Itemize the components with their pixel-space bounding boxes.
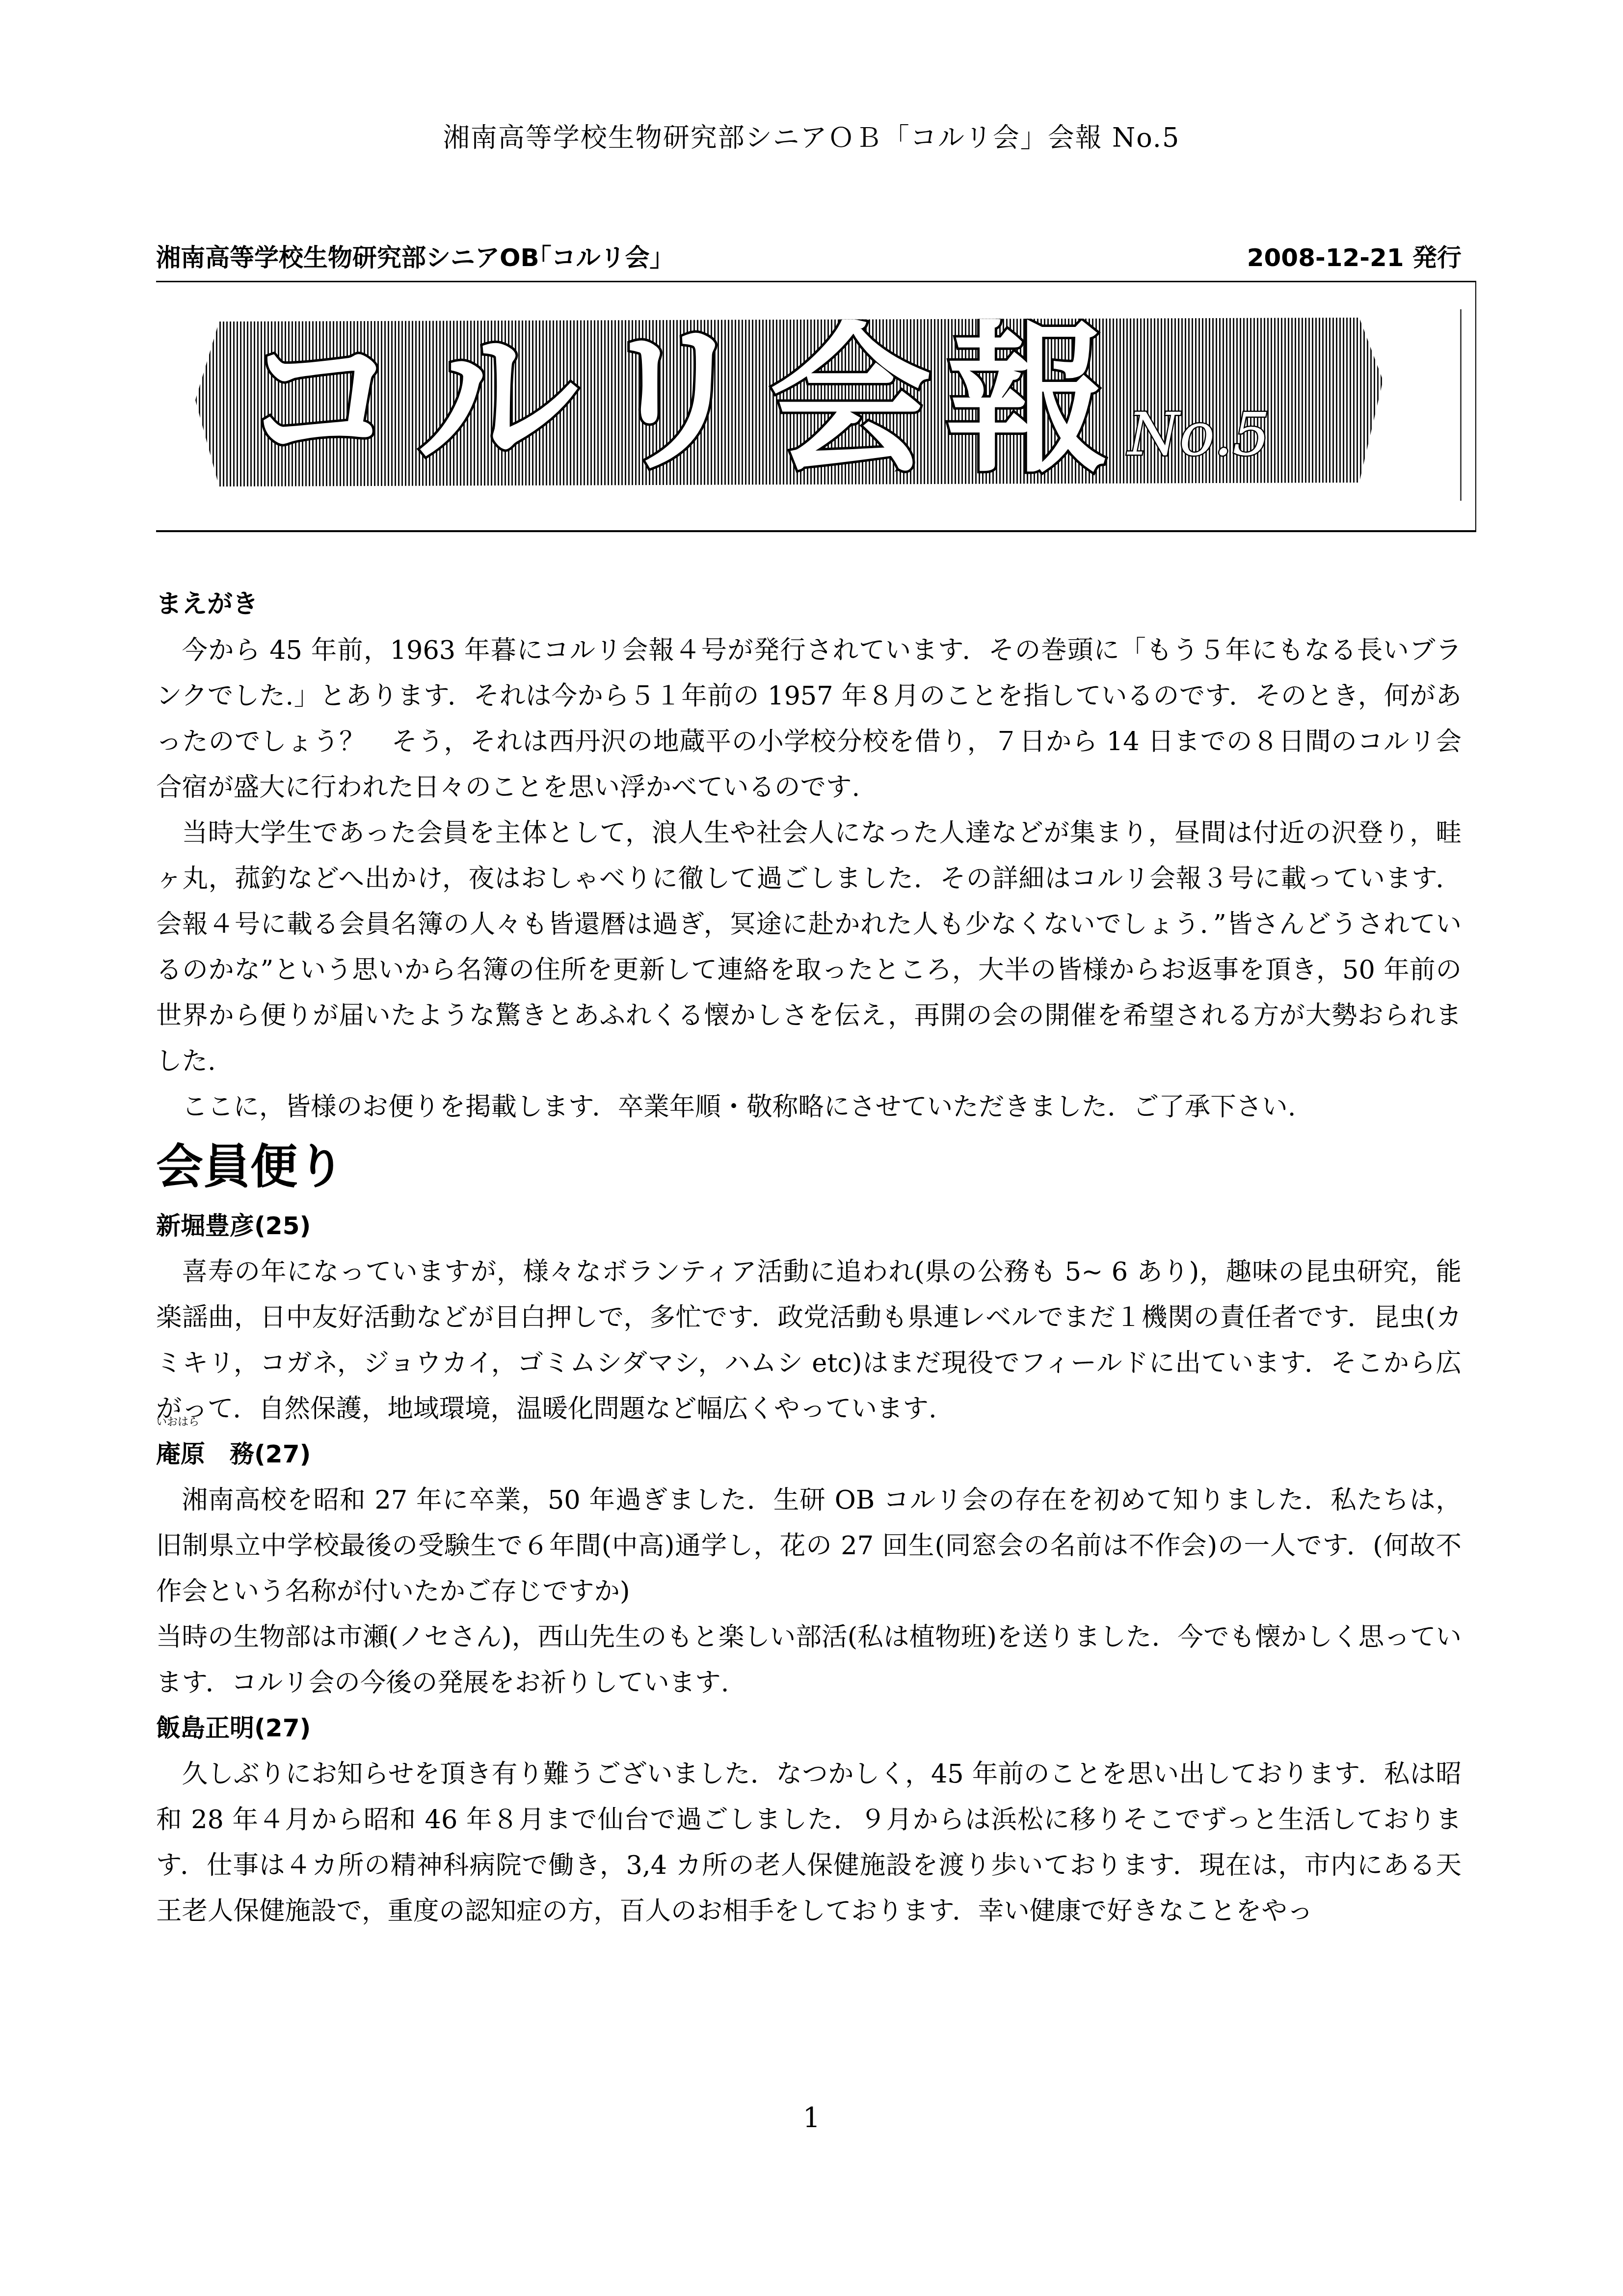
member-name: 飯島正明(27): [156, 1705, 1462, 1751]
member-letter: 飯島正明(27) 久しぶりにお知らせを頂き有り難うございました．なつかしく，45…: [156, 1705, 1462, 1934]
furigana: いおはら: [156, 1417, 199, 1428]
member-paragraph: 喜寿の年になっていますが，様々なボランティア活動に追われ(県の公務も 5~ 6 …: [156, 1249, 1462, 1432]
masthead-logo-box: コルリ会報 No.5: [156, 281, 1476, 532]
foreword-heading: まえがき: [156, 582, 1462, 627]
members-letters-heading: 会員便り: [156, 1130, 1462, 1203]
member-name-text: 庵原 務(27): [156, 1440, 311, 1468]
member-paragraph: 当時の生物部は市瀬(ノセさん)，西山先生のもと楽しい部活(私は植物班)を送りまし…: [156, 1614, 1462, 1705]
page-number: 1: [0, 2102, 1623, 2134]
running-head: 湘南高等学校生物研究部シニアＯＢ「コルリ会」会報 No.5: [0, 117, 1623, 155]
logo-title: コルリ会報: [239, 319, 1123, 481]
member-paragraph: 湘南高校を昭和 27 年に卒業，50 年過ぎました．生研 OB コルリ会の存在を…: [156, 1477, 1462, 1614]
masthead-row: 湘南高等学校生物研究部シニアOB｢コルリ会｣ 2008-12-21 発行: [156, 238, 1462, 273]
member-name-with-ruby: いおはら 庵原 務(27): [156, 1432, 311, 1477]
member-letter: 新堀豊彦(25) 喜寿の年になっていますが，様々なボランティア活動に追われ(県の…: [156, 1203, 1462, 1432]
member-name: いおはら 庵原 務(27): [156, 1432, 1462, 1477]
issue-date: 2008-12-21 発行: [1247, 238, 1462, 273]
member-name: 新堀豊彦(25): [156, 1203, 1462, 1249]
member-letter: いおはら 庵原 務(27) 湘南高校を昭和 27 年に卒業，50 年過ぎました．…: [156, 1432, 1462, 1705]
foreword-paragraph: ここに，皆様のお便りを掲載します．卒業年順・敬称略にさせていただきました．ご了承…: [156, 1084, 1462, 1130]
vertical-rule: [1460, 309, 1462, 501]
foreword-paragraph: 当時大学生であった会員を主体として，浪人生や社会人になった人達などが集まり，昼間…: [156, 810, 1462, 1084]
organization-name: 湘南高等学校生物研究部シニアOB｢コルリ会｣: [156, 238, 662, 273]
logo-issue-number: No.5: [1128, 401, 1270, 469]
foreword-paragraph: 今から 45 年前，1963 年暮にコルリ会報４号が発行されています．その巻頭に…: [156, 627, 1462, 810]
member-paragraph: 久しぶりにお知らせを頂き有り難うございました．なつかしく，45 年前のことを思い…: [156, 1751, 1462, 1934]
newsletter-logo: コルリ会報 No.5: [195, 302, 1383, 498]
document-body: まえがき 今から 45 年前，1963 年暮にコルリ会報４号が発行されています．…: [156, 582, 1462, 1934]
